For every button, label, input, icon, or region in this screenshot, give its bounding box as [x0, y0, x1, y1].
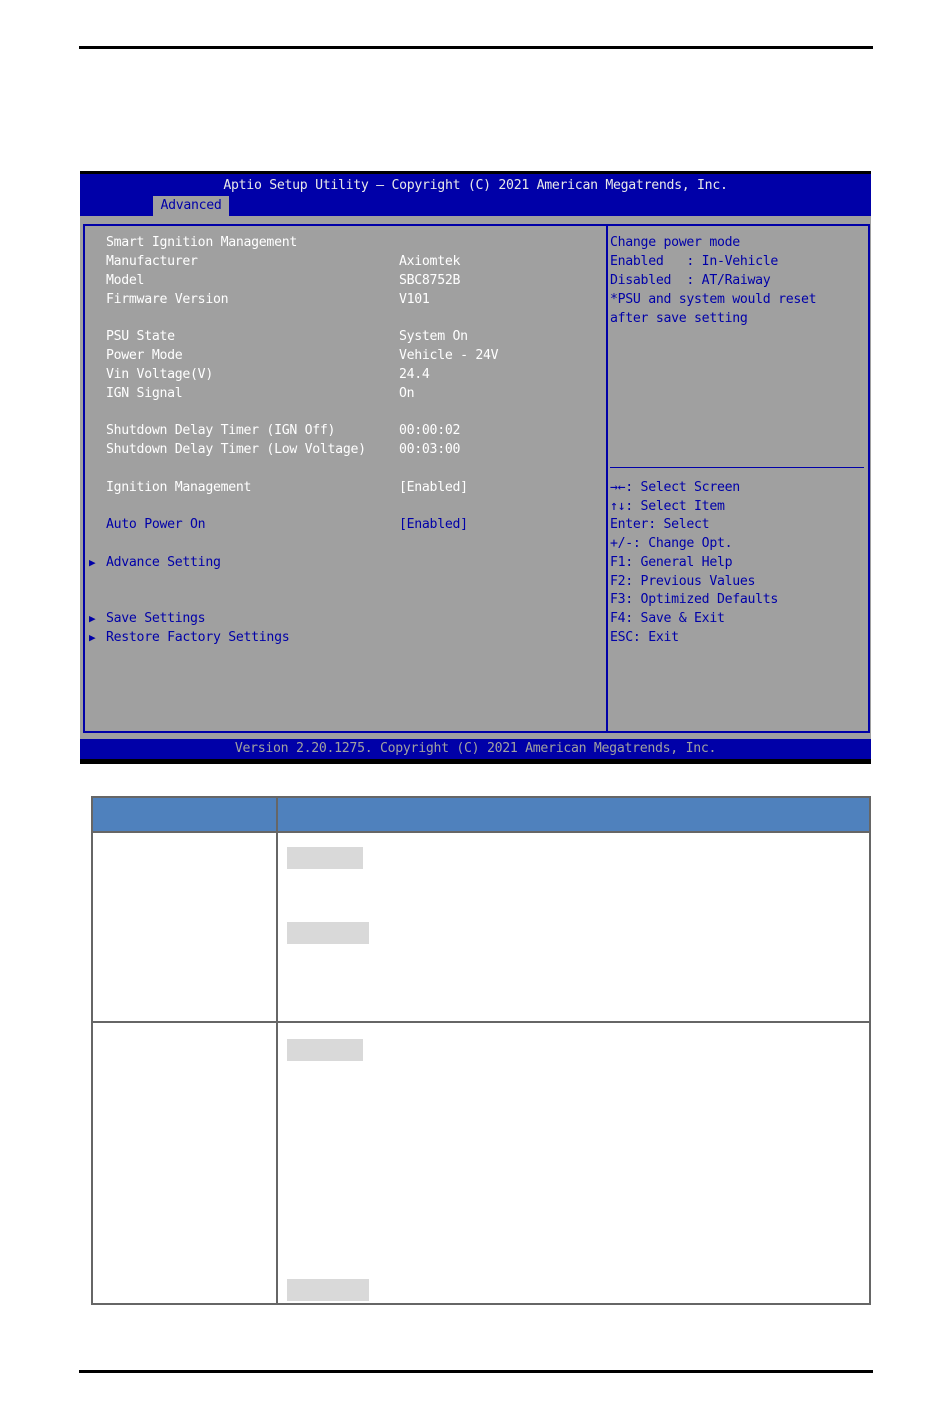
page-header-rule — [79, 46, 873, 49]
redacted-placeholder — [287, 1279, 369, 1301]
key-help-f1: F1: General Help — [610, 553, 732, 572]
key-help-f3: F3: Optimized Defaults — [610, 590, 778, 609]
info-value: V101 — [399, 290, 430, 309]
info-label: Vin Voltage(V) — [106, 365, 213, 384]
submenu-arrow-icon: ▶ — [89, 553, 95, 572]
help-divider — [610, 467, 864, 468]
option-description-table — [91, 796, 871, 1305]
help-panel: Change power mode Enabled : In-Vehicle D… — [606, 224, 870, 733]
info-label: Firmware Version — [106, 290, 228, 309]
info-label: Manufacturer — [106, 252, 198, 271]
table-cell-description — [277, 1022, 870, 1304]
info-value: Axiomtek — [399, 252, 460, 271]
bios-screenshot: Aptio Setup Utility – Copyright (C) 2021… — [80, 171, 871, 764]
info-value: 24.4 — [399, 365, 430, 384]
info-label: Model — [106, 271, 144, 290]
tab-advanced[interactable]: Advanced — [153, 196, 229, 216]
table-cell-option — [92, 832, 277, 1022]
bios-title: Aptio Setup Utility – Copyright (C) 2021… — [80, 178, 871, 193]
table-row — [92, 832, 870, 1022]
key-help-esc: ESC: Exit — [610, 628, 679, 647]
help-text-line: after save setting — [610, 309, 748, 328]
info-value: On — [399, 384, 414, 403]
info-label: Power Mode — [106, 346, 182, 365]
settings-panel: Smart Ignition Management Manufacturer A… — [83, 224, 606, 733]
redacted-placeholder — [287, 922, 369, 944]
redacted-placeholder — [287, 1039, 363, 1061]
table-header-description — [277, 797, 870, 832]
option-auto-power-on-value[interactable]: [Enabled] — [399, 515, 468, 534]
info-label: Shutdown Delay Timer (IGN Off) — [106, 421, 335, 440]
key-help-f2: F2: Previous Values — [610, 572, 755, 591]
help-text-line: Change power mode — [610, 233, 740, 252]
key-help-f4: F4: Save & Exit — [610, 609, 725, 628]
info-label: PSU State — [106, 327, 175, 346]
info-value: SBC8752B — [399, 271, 460, 290]
key-help-enter: Enter: Select — [610, 515, 709, 534]
submenu-arrow-icon: ▶ — [89, 609, 95, 628]
bios-header: Aptio Setup Utility – Copyright (C) 2021… — [80, 174, 871, 216]
table-row — [92, 1022, 870, 1304]
submenu-advance-setting[interactable]: Advance Setting — [106, 553, 221, 572]
help-text-line: Enabled : In-Vehicle — [610, 252, 778, 271]
bios-body: Smart Ignition Management Manufacturer A… — [80, 216, 871, 739]
key-help-change-opt: +/-: Change Opt. — [610, 534, 732, 553]
table-cell-option — [92, 1022, 277, 1304]
redacted-placeholder — [287, 847, 363, 869]
option-ignition-management-value[interactable]: [Enabled] — [399, 478, 468, 497]
submenu-arrow-icon: ▶ — [89, 628, 95, 647]
option-ignition-management[interactable]: Ignition Management — [106, 478, 251, 497]
info-value: 00:03:00 — [399, 440, 460, 459]
submenu-restore-factory-settings[interactable]: Restore Factory Settings — [106, 628, 289, 647]
info-value: 00:00:02 — [399, 421, 460, 440]
submenu-save-settings[interactable]: Save Settings — [106, 609, 205, 628]
key-help-select-screen: →←: Select Screen — [610, 478, 740, 497]
key-help-select-item: ↑↓: Select Item — [610, 497, 725, 516]
table-header-row — [92, 797, 870, 832]
info-label: IGN Signal — [106, 384, 182, 403]
info-value: System On — [399, 327, 468, 346]
section-title: Smart Ignition Management — [106, 233, 297, 252]
help-text-line: Disabled : AT/Raiway — [610, 271, 770, 290]
bios-footer: Version 2.20.1275. Copyright (C) 2021 Am… — [80, 739, 871, 759]
info-value: Vehicle - 24V — [399, 346, 498, 365]
option-auto-power-on[interactable]: Auto Power On — [106, 515, 205, 534]
table-header-option — [92, 797, 277, 832]
page-footer-rule — [79, 1370, 873, 1373]
info-label: Shutdown Delay Timer (Low Voltage) — [106, 440, 366, 459]
help-text-line: *PSU and system would reset — [610, 290, 816, 309]
